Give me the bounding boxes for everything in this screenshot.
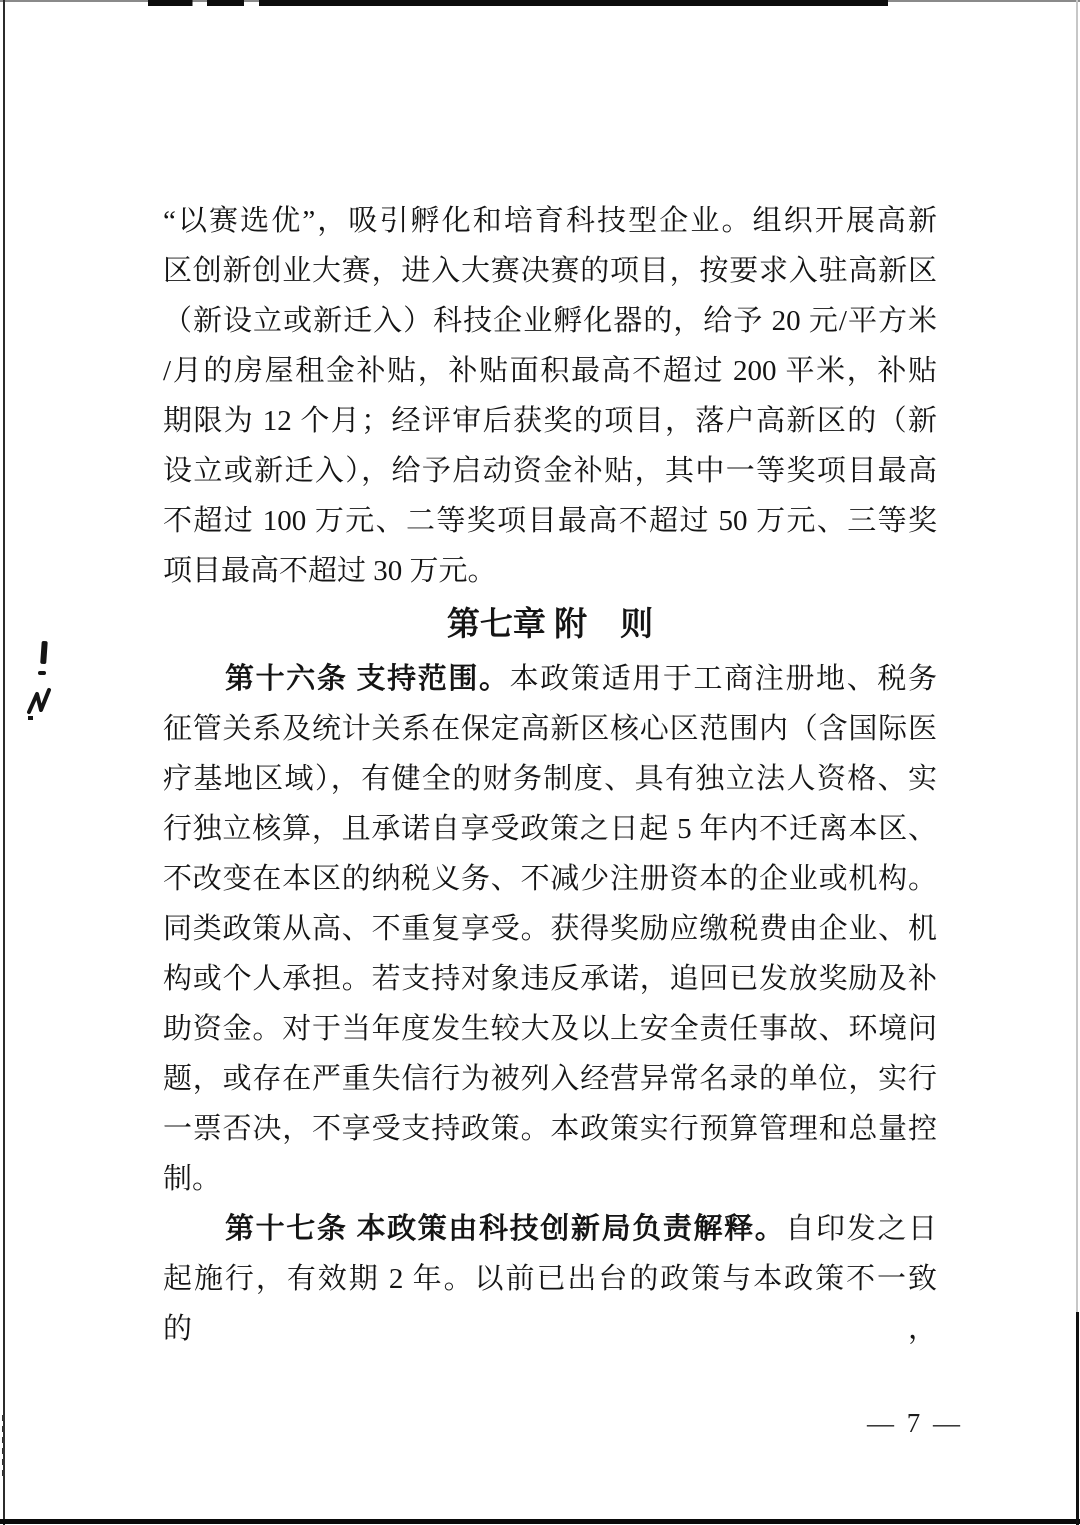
ink-mark-exclamation bbox=[33, 640, 55, 682]
article-17-title: 第十七条 本政策由科技创新局负责解释。 bbox=[225, 1213, 785, 1245]
paragraph-line: 区创新创业大赛，进入大赛决赛的项目，按要求入驻高新区 bbox=[163, 246, 937, 296]
scan-border-right-gray bbox=[1076, 0, 1078, 1312]
paragraph-line: “以赛选优”，吸引孵化和培育科技型企业。组织开展高新 bbox=[163, 196, 937, 246]
paragraph-line: 疗基地区域），有健全的财务制度、具有独立法人资格、实 bbox=[163, 754, 937, 804]
scan-border-right-dark bbox=[1076, 1312, 1079, 1525]
paragraph-line: 助资金。对于当年度发生较大及以上安全责任事故、环境问 bbox=[163, 1004, 937, 1054]
paragraph-line: /月的房屋租金补贴，补贴面积最高不超过 200 平米，补贴 bbox=[163, 346, 937, 396]
scan-border-left-dashes bbox=[2, 1415, 5, 1477]
page-number: — 7 — bbox=[850, 1408, 980, 1439]
paragraph-line: 题，或存在严重失信行为被列入经营异常名录的单位，实行 bbox=[163, 1054, 937, 1104]
paragraph-line: （新设立或新迁入）科技企业孵化器的，给予 20 元/平方米 bbox=[163, 296, 937, 346]
article-16-title: 第十六条 支持范围。 bbox=[225, 663, 510, 695]
article-17-text: 自印发之日 bbox=[785, 1213, 937, 1245]
paragraph-line: 不改变在本区的纳税义务、不减少注册资本的企业或机构。 bbox=[163, 854, 937, 904]
scan-border-left bbox=[3, 0, 5, 1525]
chapter-heading: 第七章 附 则 bbox=[163, 596, 937, 654]
paragraph-line: 设立或新迁入），给予启动资金补贴，其中一等奖项目最高 bbox=[163, 446, 937, 496]
closing-line: 起施行，有效期 2 年。以前已出台的政策与本政策不一致的， bbox=[163, 1254, 937, 1304]
paragraph-line: 不超过 100 万元、二等奖项目最高不超过 50 万元、三等奖 bbox=[163, 496, 937, 546]
paragraph-line: 同类政策从高、不重复享受。获得奖励应缴税费由企业、机 bbox=[163, 904, 937, 954]
article-17-opening-line: 第十七条 本政策由科技创新局负责解释。自印发之日 bbox=[163, 1204, 937, 1254]
paragraph-line: 制。 bbox=[163, 1154, 937, 1204]
ink-mark-scribble bbox=[25, 686, 59, 722]
article-16-text: 本政策适用于工商注册地、税务 bbox=[510, 663, 937, 695]
paragraph-line: 一票否决，不享受支持政策。本政策实行预算管理和总量控 bbox=[163, 1104, 937, 1154]
document-page: “以赛选优”，吸引孵化和培育科技型企业。组织开展高新 区创新创业大赛，进入大赛决… bbox=[0, 0, 1080, 1525]
paragraph-line: 行独立核算，且承诺自享受政策之日起 5 年内不迁离本区、 bbox=[163, 804, 937, 854]
paragraph-line: 期限为 12 个月；经评审后获奖的项目，落户高新区的（新 bbox=[163, 396, 937, 446]
scan-border-bottom bbox=[0, 1519, 1080, 1524]
paragraph-line: 项目最高不超过 30 万元。 bbox=[163, 546, 937, 596]
paragraph-line: 构或个人承担。若支持对象违反承诺，追回已发放奖励及补 bbox=[163, 954, 937, 1004]
article-16-opening-line: 第十六条 支持范围。本政策适用于工商注册地、税务 bbox=[163, 654, 937, 704]
document-body: “以赛选优”，吸引孵化和培育科技型企业。组织开展高新 区创新创业大赛，进入大赛决… bbox=[163, 196, 937, 1304]
scan-border-top-band bbox=[148, 0, 888, 6]
paragraph-line: 征管关系及统计关系在保定高新区核心区范围内（含国际医 bbox=[163, 704, 937, 754]
